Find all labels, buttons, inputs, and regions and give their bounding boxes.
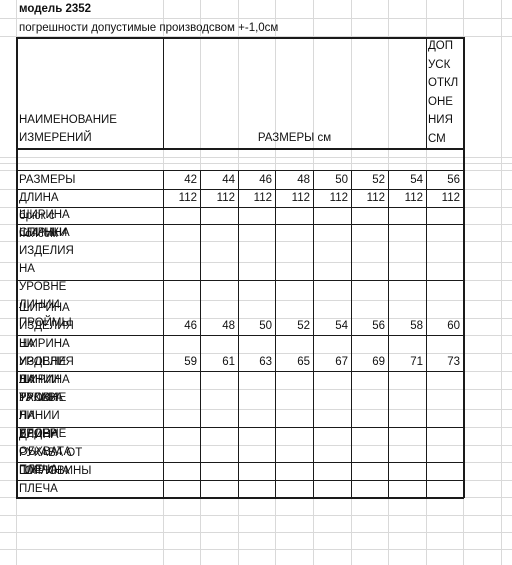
size-value-cell: 112 <box>388 189 426 207</box>
size-value-cell: 48 <box>275 171 313 189</box>
sheet-title: модель 2352 <box>19 0 91 18</box>
size-value-cell: 112 <box>313 189 351 207</box>
size-value-cell: 69 <box>351 353 388 371</box>
size-value-cell: 52 <box>351 171 388 189</box>
size-value-cell: 73 <box>426 353 463 371</box>
size-value-cell: 63 <box>238 353 275 371</box>
size-value-cell: 112 <box>351 189 388 207</box>
size-value-cell: 44 <box>200 171 238 189</box>
row-label: ШИРИНА ПЛЕЧА <box>16 462 70 498</box>
table-border <box>16 497 464 499</box>
size-value-cell: 112 <box>200 189 238 207</box>
size-value-cell: 112 <box>238 189 275 207</box>
size-value-cell: 54 <box>313 317 351 335</box>
header-measurement-name: НАИМЕНОВАНИЕИЗМЕРЕНИЙ <box>16 111 117 147</box>
table-border <box>16 207 464 208</box>
size-value-cell: 71 <box>388 353 426 371</box>
size-value-cell: 50 <box>313 171 351 189</box>
row-label: РАЗМЕРЫ <box>16 171 76 189</box>
size-value-cell: 42 <box>163 171 200 189</box>
table-border <box>16 335 464 336</box>
size-value-cell: 56 <box>351 317 388 335</box>
size-value-cell: 46 <box>238 171 275 189</box>
size-value-cell: 48 <box>200 317 238 335</box>
tolerance-note: погрешности допустимые производсвом +-1,… <box>19 19 278 37</box>
size-value-cell: 112 <box>163 189 200 207</box>
table-border <box>16 224 464 225</box>
header-sizes-cm: РАЗМЕРЫ см <box>163 129 426 147</box>
size-value-cell: 61 <box>200 353 238 371</box>
size-value-cell: 52 <box>275 317 313 335</box>
size-value-cell: 58 <box>388 317 426 335</box>
table-border <box>463 37 465 498</box>
size-value-cell: 67 <box>313 353 351 371</box>
size-value-cell: 59 <box>163 353 200 371</box>
table-border <box>16 371 464 372</box>
size-value-cell: 60 <box>426 317 463 335</box>
size-value-cell: 56 <box>426 171 463 189</box>
header-tolerance-cm: ДОПУСКОТКЛОНЕНИЯСМ <box>426 37 458 148</box>
size-value-cell: 46 <box>163 317 200 335</box>
size-value-cell: 112 <box>426 189 463 207</box>
size-value-cell: 112 <box>275 189 313 207</box>
table-border <box>16 280 464 281</box>
size-value-cell: 54 <box>388 171 426 189</box>
table-border <box>16 37 464 39</box>
size-value-cell: 50 <box>238 317 275 335</box>
size-value-cell: 65 <box>275 353 313 371</box>
table-border <box>16 480 464 481</box>
table-border <box>16 148 464 150</box>
